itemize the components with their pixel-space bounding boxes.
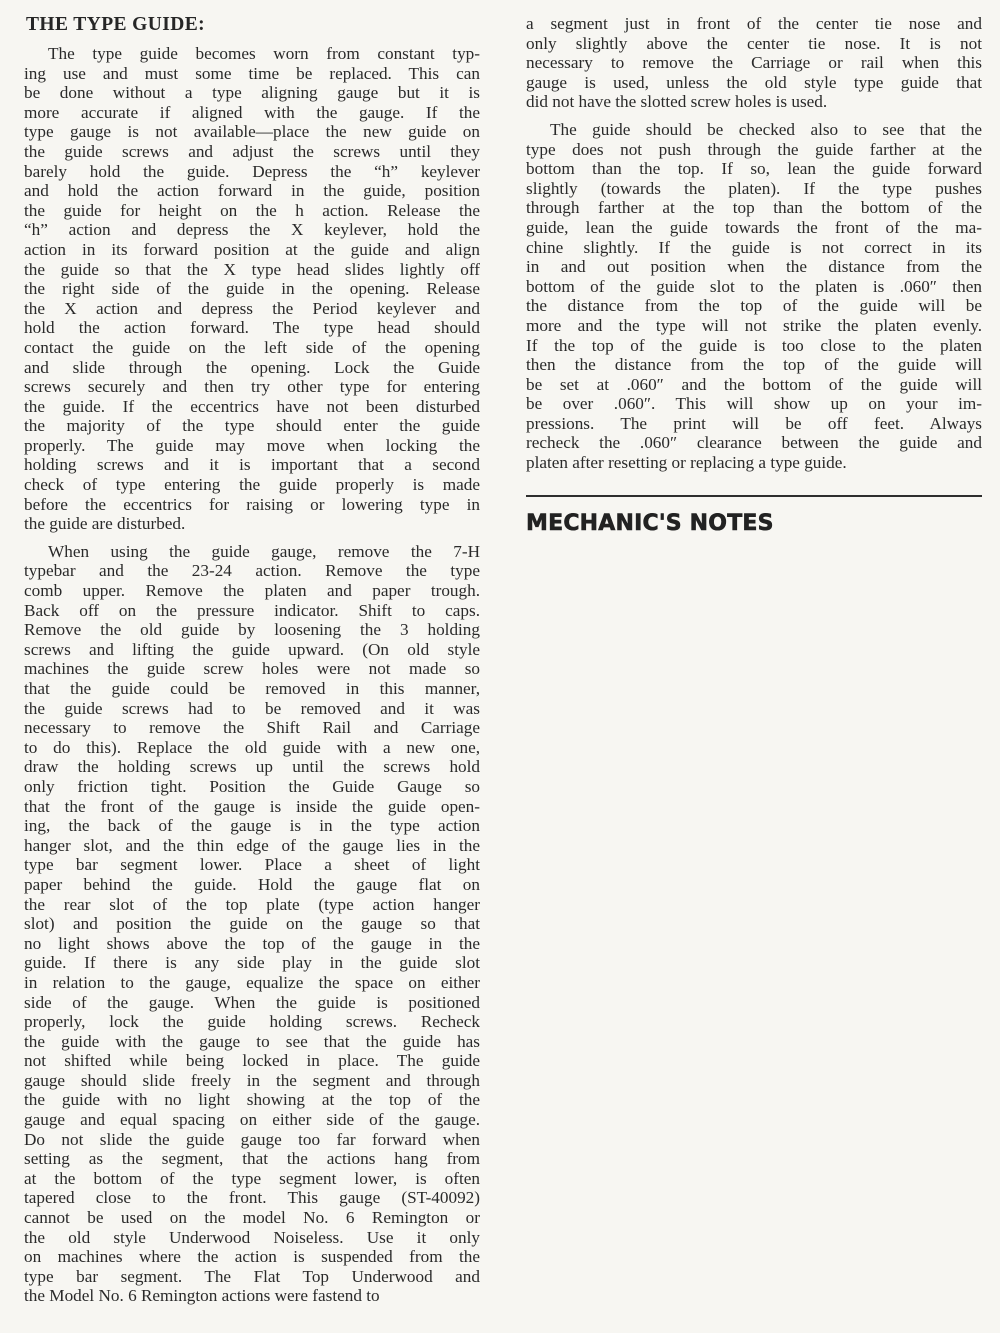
text-line: slot) and position the guide on the gaug…: [24, 914, 480, 934]
text-line: guide, lean the guide towards the front …: [526, 218, 982, 238]
text-line: paper behind the guide. Hold the gauge f…: [24, 875, 480, 895]
text-line: only friction tight. Position the Guide …: [24, 777, 480, 797]
text-line: gauge is used, unless the old style type…: [526, 73, 982, 93]
text-line: type bar segment. The Flat Top Underwood…: [24, 1267, 480, 1287]
text-line: the majority of the type should enter th…: [24, 416, 480, 436]
right-column: a segment just in front of the center ti…: [526, 14, 982, 536]
text-line: more accurate if aligned with the gauge.…: [24, 103, 480, 123]
text-line: the distance from the top of the guide w…: [526, 296, 982, 316]
text-line: the guide with no light showing at the t…: [24, 1090, 480, 1110]
text-line: only slightly above the center tie nose.…: [526, 34, 982, 54]
text-line: the guide so that the X type head slides…: [24, 260, 480, 280]
text-line: the guide for height on the h action. Re…: [24, 201, 480, 221]
text-line: bottom than the top. If so, lean the gui…: [526, 159, 982, 179]
text-line: and slide through the opening. Lock the …: [24, 358, 480, 378]
mechanics-notes-heading: MECHANIC'S NOTES: [526, 511, 982, 536]
text-line: the old style Underwood Noiseless. Use i…: [24, 1228, 480, 1248]
text-line: no light shows above the top of the gaug…: [24, 934, 480, 954]
text-line: tapered close to the front. This gauge (…: [24, 1188, 480, 1208]
text-line: platen after resetting or replacing a ty…: [526, 453, 982, 473]
text-line: before the eccentrics for raising or low…: [24, 495, 480, 515]
text-line: contact the guide on the left side of th…: [24, 338, 480, 358]
text-line: the guide with the gauge to see that the…: [24, 1032, 480, 1052]
text-line: Do not slide the guide gauge too far for…: [24, 1130, 480, 1150]
text-line: side of the gauge. When the guide is pos…: [24, 993, 480, 1013]
text-line: then the distance from the top of the gu…: [526, 355, 982, 375]
text-line: the rear slot of the top plate (type act…: [24, 895, 480, 915]
section-title: THE TYPE GUIDE:: [26, 14, 480, 36]
text-line: to do this). Replace the old guide with …: [24, 738, 480, 758]
text-line: screws securely and then try other type …: [24, 377, 480, 397]
text-line: the guide are disturbed.: [24, 514, 480, 534]
text-line: bottom of the guide slot to the platen i…: [526, 277, 982, 297]
text-line: the right side of the guide in the openi…: [24, 279, 480, 299]
text-line: on machines where the action is suspende…: [24, 1247, 480, 1267]
text-line: The guide should be checked also to see …: [526, 120, 982, 140]
text-line: type gauge is not available—place the ne…: [24, 122, 480, 142]
text-line: that the front of the gauge is inside th…: [24, 797, 480, 817]
text-line: action in its forward position at the gu…: [24, 240, 480, 260]
text-line: “h” action and depress the X keylever, h…: [24, 220, 480, 240]
text-line: the guide screws and adjust the screws u…: [24, 142, 480, 162]
paragraph-3: a segment just in front of the center ti…: [526, 14, 982, 112]
text-line: through farther at the top than the bott…: [526, 198, 982, 218]
text-line: typebar and the 23-24 action. Remove the…: [24, 561, 480, 581]
text-line: the guide screws had to be removed and i…: [24, 699, 480, 719]
text-line: did not have the slotted screw holes is …: [526, 92, 982, 112]
text-line: necessary to remove the Carriage or rail…: [526, 53, 982, 73]
text-line: draw the holding screws up until the scr…: [24, 757, 480, 777]
text-line: the Model No. 6 Remington actions were f…: [24, 1286, 480, 1306]
text-line: hanger slot, and the thin edge of the ga…: [24, 836, 480, 856]
text-line: cannot be used on the model No. 6 Reming…: [24, 1208, 480, 1228]
text-line: type does not push through the guide far…: [526, 140, 982, 160]
paragraph-4: The guide should be checked also to see …: [526, 120, 982, 473]
text-line: barely hold the guide. Depress the “h” k…: [24, 162, 480, 182]
text-line: necessary to remove the Shift Rail and C…: [24, 718, 480, 738]
text-line: When using the guide gauge, remove the 7…: [24, 542, 480, 562]
text-line: screws and lifting the guide upward. (On…: [24, 640, 480, 660]
text-line: not shifted while being locked in place.…: [24, 1051, 480, 1071]
text-line: The type guide becomes worn from constan…: [24, 44, 480, 64]
text-line: Remove the old guide by loosening the 3 …: [24, 620, 480, 640]
text-line: properly, lock the guide holding screws.…: [24, 1012, 480, 1032]
left-column: THE TYPE GUIDE: The type guide becomes w…: [24, 12, 480, 1314]
text-line: the X action and depress the Period keyl…: [24, 299, 480, 319]
text-line: at the bottom of the type segment lower,…: [24, 1169, 480, 1189]
text-line: and hold the action forward in the guide…: [24, 181, 480, 201]
text-line: more and the type will not strike the pl…: [526, 316, 982, 336]
text-line: ing use and must some time be replaced. …: [24, 64, 480, 84]
text-line: hold the action forward. The type head s…: [24, 318, 480, 338]
text-line: a segment just in front of the center ti…: [526, 14, 982, 34]
text-line: in and out position when the distance fr…: [526, 257, 982, 277]
text-line: recheck the .060″ clearance between the …: [526, 433, 982, 453]
text-line: machines the guide screw holes were not …: [24, 659, 480, 679]
paragraph-1: The type guide becomes worn from constan…: [24, 44, 480, 534]
paragraph-2: When using the guide gauge, remove the 7…: [24, 542, 480, 1306]
text-line: comb upper. Remove the platen and paper …: [24, 581, 480, 601]
text-line: gauge and equal spacing on either side o…: [24, 1110, 480, 1130]
text-line: holding screws and it is important that …: [24, 455, 480, 475]
text-line: the guide. If the eccentrics have not be…: [24, 397, 480, 417]
text-line: be set at .060″ and the bottom of the gu…: [526, 375, 982, 395]
text-line: setting as the segment, that the actions…: [24, 1149, 480, 1169]
text-line: guide. If there is any side play in the …: [24, 953, 480, 973]
text-line: Back off on the pressure indicator. Shif…: [24, 601, 480, 621]
text-line: gauge should slide freely in the segment…: [24, 1071, 480, 1091]
horizontal-rule: [526, 495, 982, 497]
text-line: be over .060″. This will show up on your…: [526, 394, 982, 414]
text-line: in relation to the gauge, equalize the s…: [24, 973, 480, 993]
text-line: ing, the back of the gauge is in the typ…: [24, 816, 480, 836]
text-line: pressions. The print will be off feet. A…: [526, 414, 982, 434]
text-line: check of type entering the guide properl…: [24, 475, 480, 495]
text-line: If the top of the guide is too close to …: [526, 336, 982, 356]
text-line: type bar segment lower. Place a sheet of…: [24, 855, 480, 875]
text-line: slightly (towards the platen). If the ty…: [526, 179, 982, 199]
text-line: properly. The guide may move when lockin…: [24, 436, 480, 456]
text-line: be done without a type aligning gauge bu…: [24, 83, 480, 103]
text-line: chine slightly. If the guide is not corr…: [526, 238, 982, 258]
text-line: that the guide could be removed in this …: [24, 679, 480, 699]
